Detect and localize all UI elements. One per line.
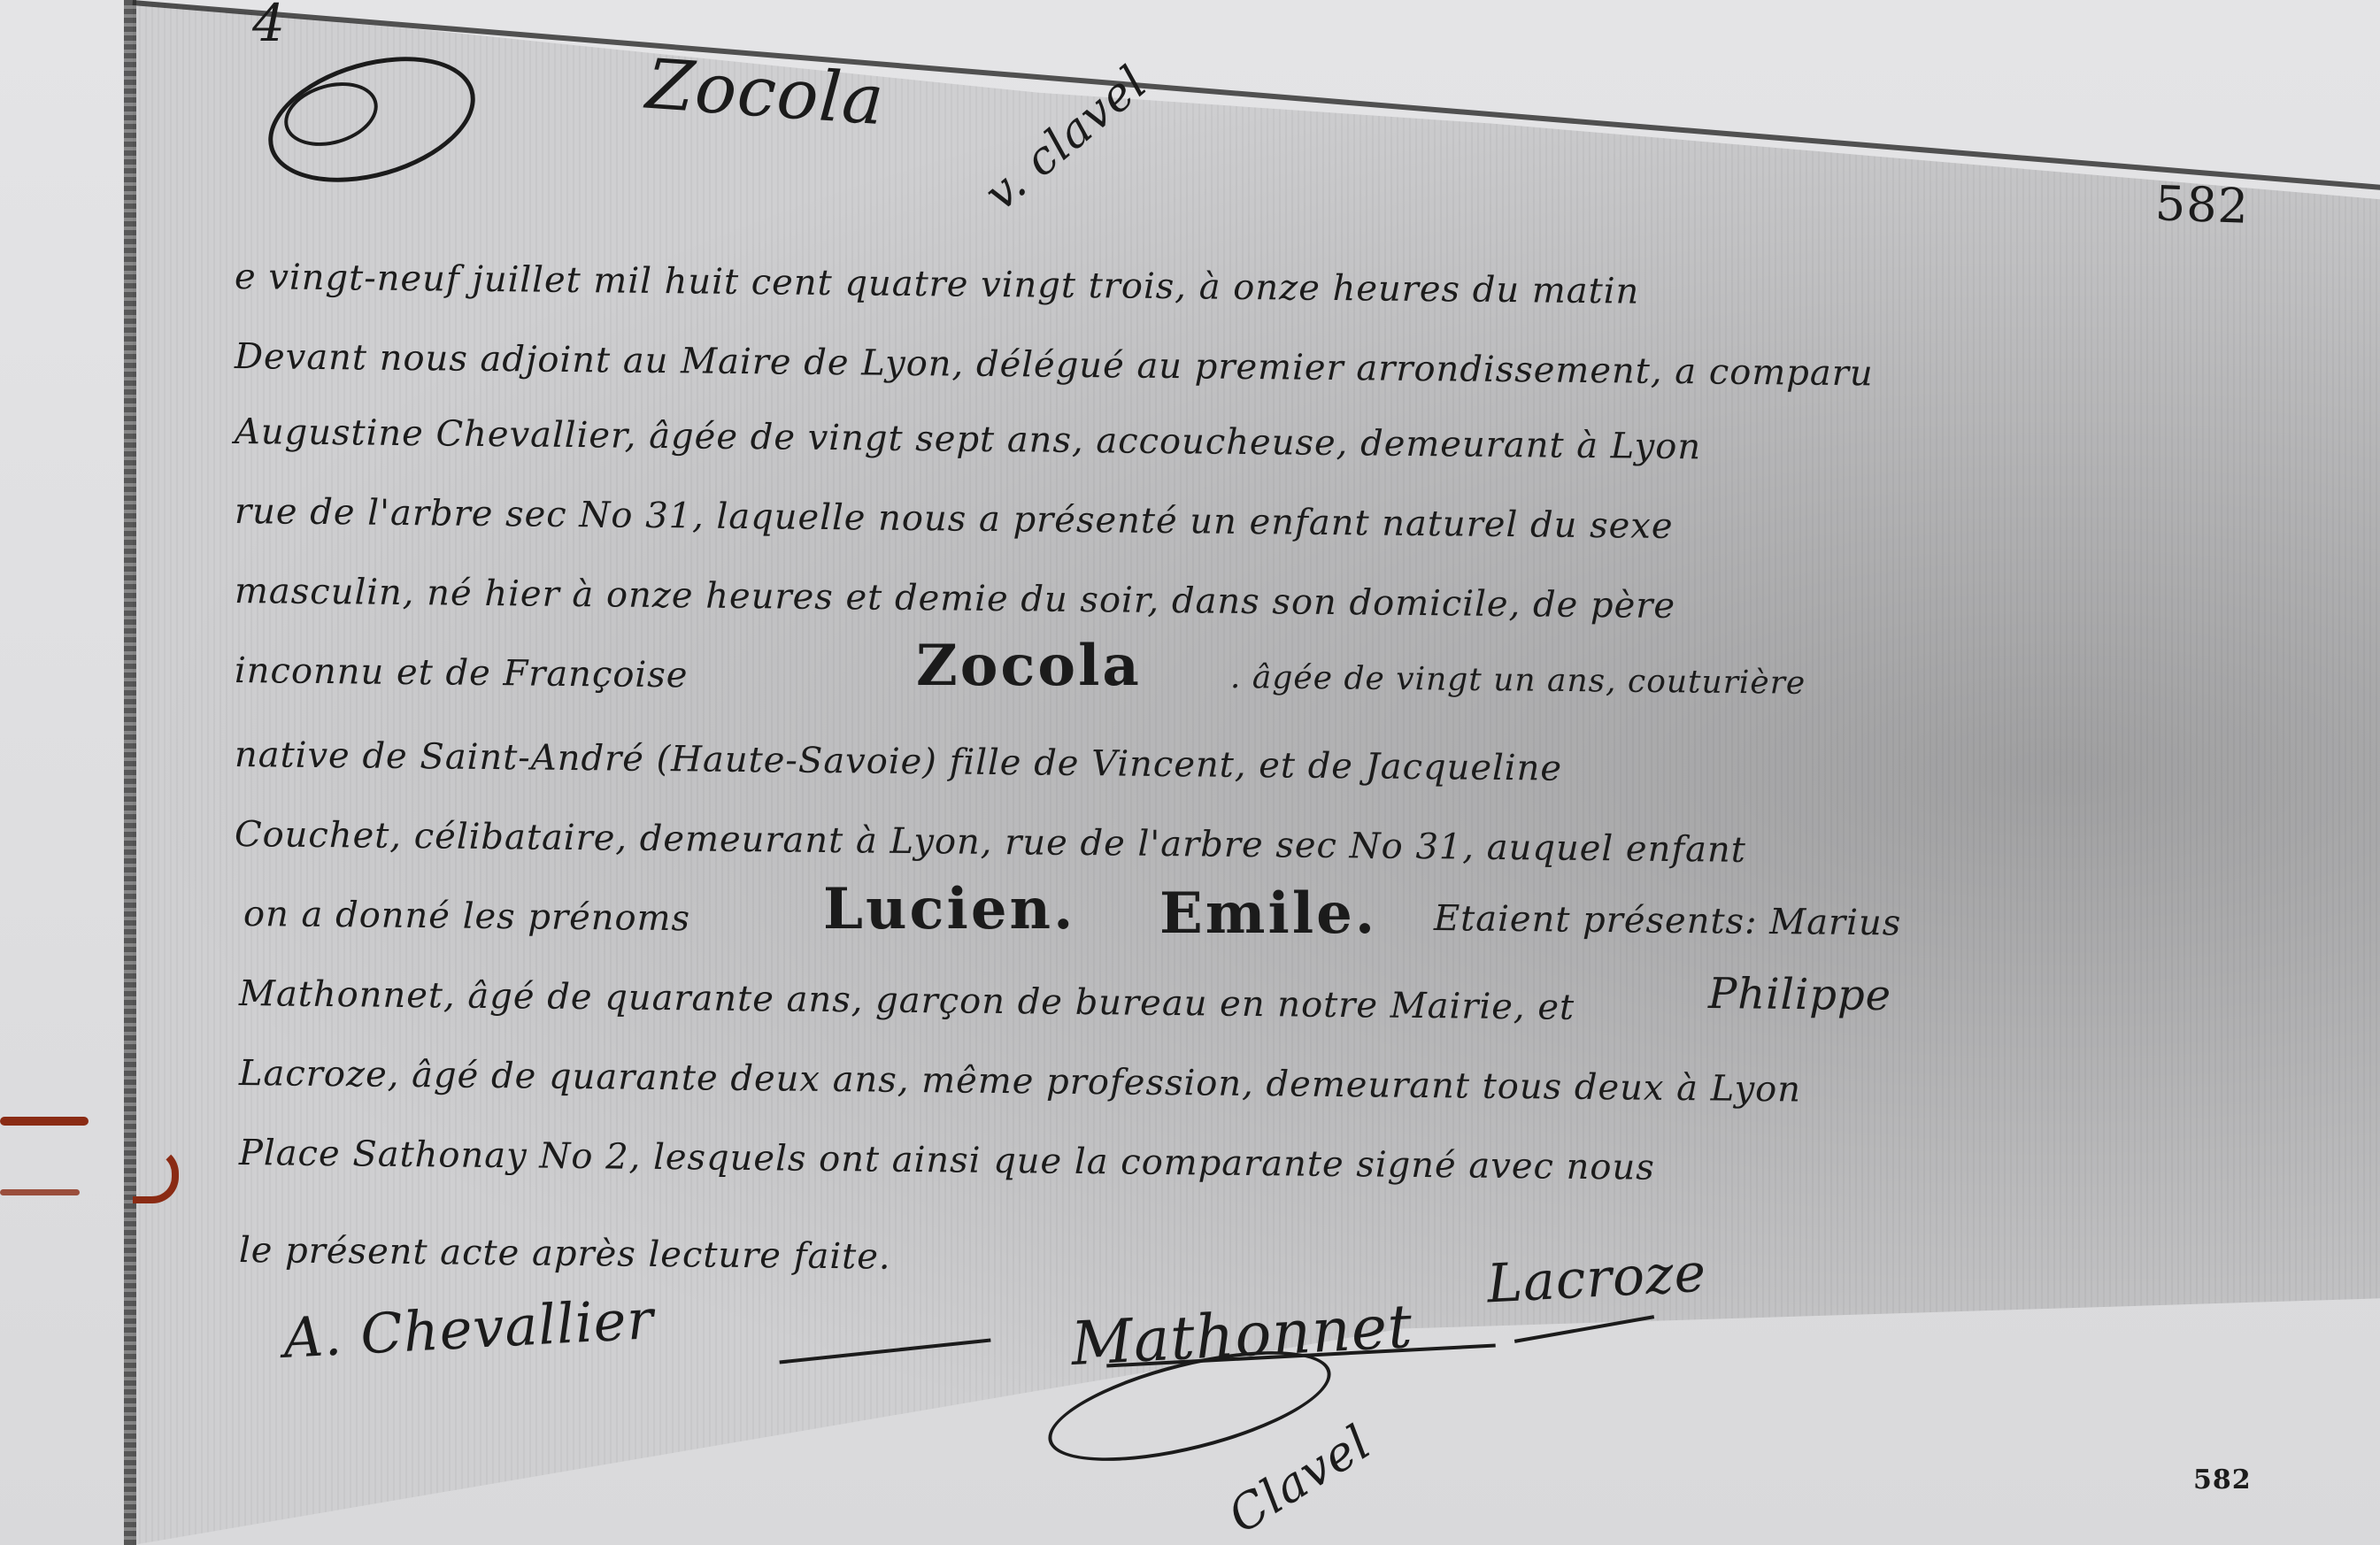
given-name-lucien: Lucien.: [823, 876, 1075, 942]
given-name-emile: Emile.: [1159, 880, 1377, 947]
page-left-edge: [124, 0, 136, 1545]
red-marker-stroke: [0, 1189, 80, 1195]
page-number-bottom: 582: [2193, 1464, 2252, 1495]
red-marker-stroke: [0, 1117, 89, 1126]
mother-age-occupation: . âgée de vingt un ans, couturière: [1230, 659, 1806, 702]
document-photo: 4 Zocola v. clavel 582 e vingt-neuf juil…: [0, 0, 2380, 1545]
record-line-9: on a donné les prénoms: [243, 894, 691, 939]
record-line-6: inconnu et de Françoise: [235, 650, 689, 696]
record-line-13: le présent acte après lecture faite.: [239, 1230, 891, 1278]
page-number: 582: [2154, 175, 2250, 234]
margin-mark: 4: [252, 0, 286, 53]
mother-surname: Zocola: [916, 633, 1142, 699]
witness-2-first-name: Philippe: [1708, 969, 1892, 1020]
witnesses-intro: Etaient présents: Marius: [1434, 898, 1902, 944]
signature-witness-2: Lacroze: [1485, 1242, 1707, 1316]
margin-heading-surname: Zocola: [643, 45, 887, 142]
